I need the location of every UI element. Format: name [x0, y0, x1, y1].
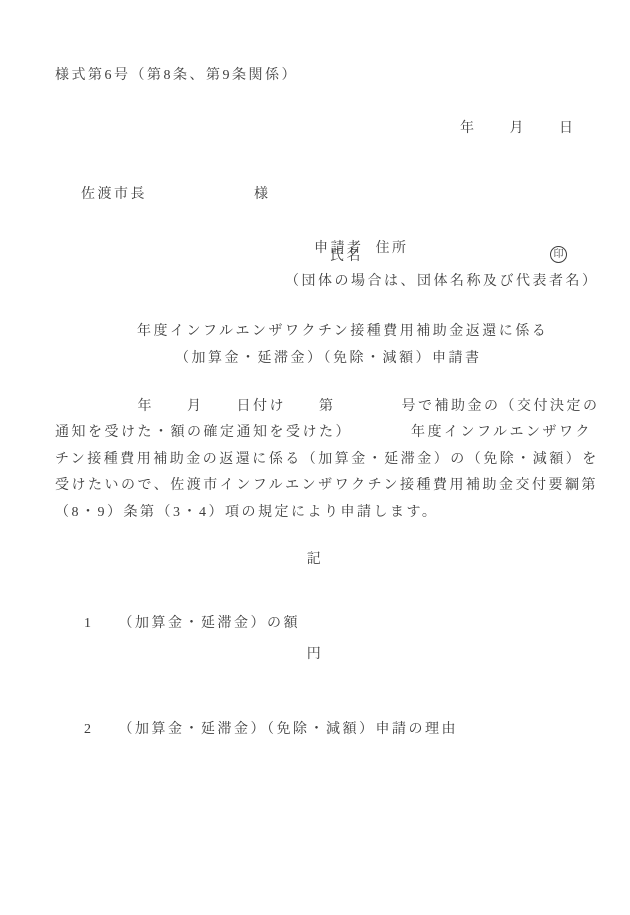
seal-mark: 印	[550, 246, 567, 263]
addressee-line: 佐渡市長様	[57, 168, 271, 222]
list-item-1: 1（加算金・延滞金）の額	[60, 597, 300, 651]
body-paragraph-line1: 年 月 日付け 第 号で補助金の（交付決定の	[55, 398, 600, 416]
item-2-label: （加算金・延滞金）（免除・減額）申請の理由	[119, 722, 459, 737]
amount-unit-label: 円	[0, 646, 630, 664]
list-item-2: 2（加算金・延滞金）（免除・減額）申請の理由	[60, 703, 458, 757]
addressee-honorific: 様	[254, 187, 271, 202]
applicant-name-label: 氏名	[330, 248, 363, 266]
item-1-number: 1	[84, 616, 94, 631]
addressee-name: 佐渡市長	[81, 187, 147, 202]
applicant-address-label: 住所	[376, 241, 409, 256]
date-blank-line: 年 月 日	[460, 120, 576, 138]
body-paragraph-line5: （8・9）条第（3・4）項の規定により申請します。	[55, 504, 438, 522]
document-title-line1: 年度インフルエンザワクチン接種費用補助金返還に係る	[137, 323, 548, 341]
record-heading: 記	[0, 551, 630, 569]
body-paragraph-line2: 通知を受けた・額の確定通知を受けた） 年度インフルエンザワク	[55, 424, 592, 442]
body-paragraph-line3: チン接種費用補助金の返還に係る（加算金・延滞金）の（免除・減額）を	[55, 451, 599, 469]
body-paragraph-line4: 受けたいので、佐渡市インフルエンザワクチン接種費用補助金交付要綱第	[55, 477, 598, 495]
item-2-number: 2	[84, 722, 94, 737]
document-page: 様式第6号（第8条、第9条関係） 年 月 日 佐渡市長様 申請者住所 氏名 印 …	[0, 0, 630, 915]
document-title-line2: （加算金・延滞金）（免除・減額）申請書	[175, 350, 482, 368]
applicant-group-note: （団体の場合は、団体名称及び代表者名）	[285, 273, 599, 291]
form-number: 様式第6号（第8条、第9条関係）	[55, 67, 298, 85]
item-1-label: （加算金・延滞金）の額	[119, 616, 301, 631]
